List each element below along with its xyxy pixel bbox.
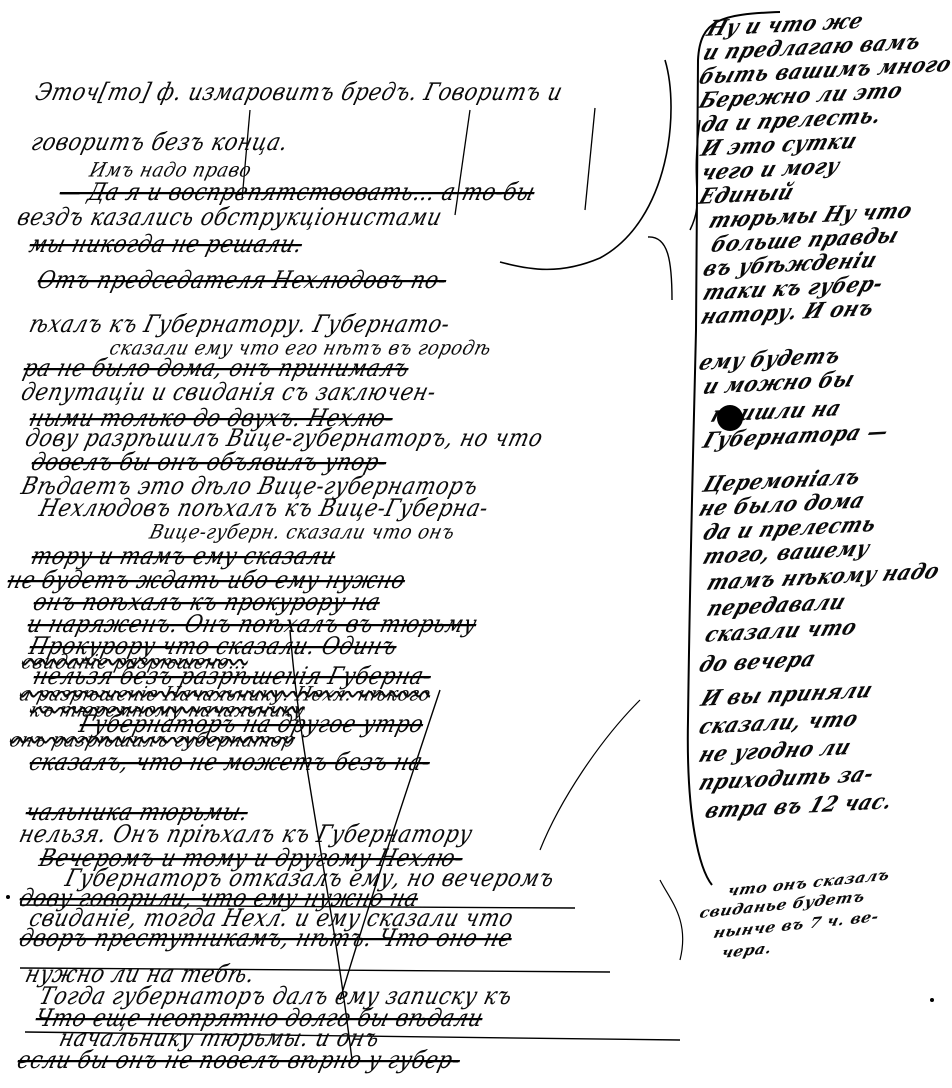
stray-dot: [930, 998, 934, 1002]
main-line: Нехлюдовъ поѣхалъ къ Вице-Губерна-: [37, 494, 492, 522]
struck-line: сказалъ, что не можетъ безъ на-: [27, 748, 434, 776]
stray-dot: [6, 895, 10, 899]
main-line: Эточ[то] ф. измаровитъ бредъ. Говоритъ и: [33, 78, 566, 106]
margin-line: втра въ 12 час.: [702, 789, 897, 824]
margin-line: не угодно ли: [696, 735, 855, 768]
manuscript-page: Эточ[то] ф. измаровитъ бредъ. Говоритъ и…: [0, 0, 952, 1088]
insertion-line: Вице-губерн. сказали что онъ: [147, 521, 457, 544]
struck-line: мы никогда не решали.: [27, 230, 306, 258]
ink-blot: [717, 405, 743, 431]
margin-line: до вечера: [696, 646, 820, 677]
main-line: говоритъ безъ конца.: [29, 128, 292, 156]
main-line: вездъ казались обструкціонистами: [15, 203, 446, 231]
main-line: ѣхалъ къ Губернатору. Губернато-: [27, 310, 453, 338]
struck-line: — Да я и воспрепятствовать… а то-бы: [57, 178, 539, 206]
note-line: чера.: [720, 939, 774, 962]
struck-line: Отъ председателя Нехлюдовъ по-: [35, 266, 450, 294]
struck-line: дворъ преступникамъ, нѣтъ. Что оно не: [17, 924, 516, 952]
main-line: депутаціи и свиданія съ заключен-: [19, 378, 440, 406]
struck-line: если бы онъ не повелъ вѣрно у губер-: [15, 1046, 464, 1074]
